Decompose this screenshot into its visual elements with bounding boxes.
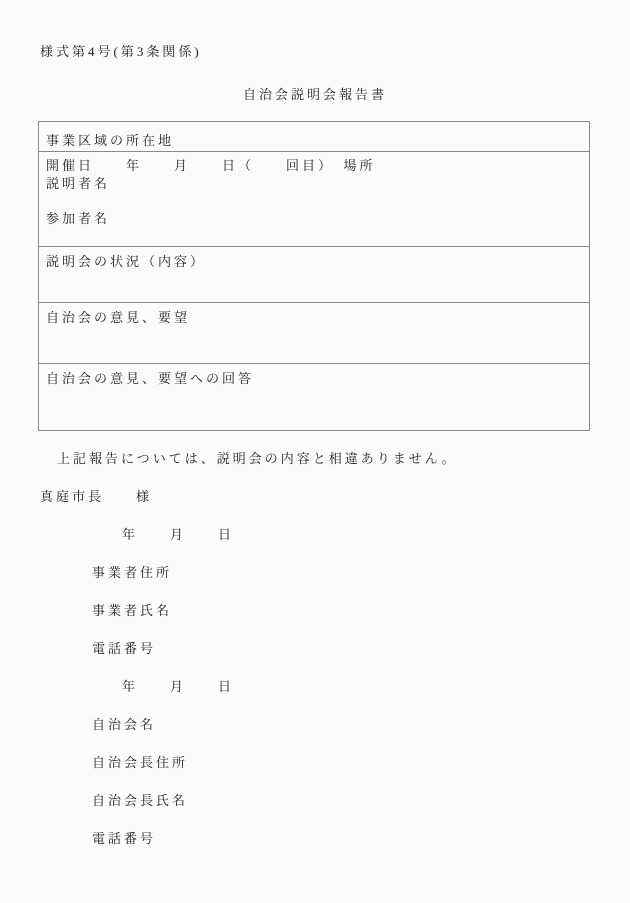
participants-line: 参加者名 xyxy=(46,210,589,228)
business-area-label: 事業区域の所在地 xyxy=(46,133,174,148)
business-address-line: 事業者住所 xyxy=(92,566,172,579)
page-title: 自治会説明会報告書 xyxy=(0,88,630,101)
blank-line xyxy=(46,192,589,210)
association-date-line: 年 月 日 xyxy=(122,680,234,693)
association-president-name-line: 自治会長氏名 xyxy=(92,794,188,807)
association-phone-line: 電話番号 xyxy=(92,832,156,845)
opinion-response-row: 自治会の意見、要望への回答 xyxy=(39,364,589,430)
meeting-status-label: 説明会の状況（内容） xyxy=(46,254,206,269)
meeting-status-row: 説明会の状況（内容） xyxy=(39,247,589,303)
association-opinion-label: 自治会の意見、要望 xyxy=(46,310,190,325)
presenter-line: 説明者名 xyxy=(46,175,589,193)
association-president-address-line: 自治会長住所 xyxy=(92,756,188,769)
business-name-line: 事業者氏名 xyxy=(92,604,172,617)
business-phone-line: 電話番号 xyxy=(92,642,156,655)
meeting-info-row: 開催日 年 月 日（ 回目） 場所 説明者名 参加者名 xyxy=(39,152,589,247)
association-name-line: 自治会名 xyxy=(92,718,156,731)
confirmation-statement: 上記報告については、説明会の内容と相違ありません。 xyxy=(57,452,458,465)
business-area-row: 事業区域の所在地 xyxy=(39,122,589,152)
form-number: 様式第4号(第3条関係) xyxy=(40,45,202,58)
meeting-date-line: 開催日 年 月 日（ 回目） 場所 xyxy=(46,157,589,175)
report-form-page: 様式第4号(第3条関係) 自治会説明会報告書 事業区域の所在地 開催日 年 月 … xyxy=(0,0,630,903)
business-date-line: 年 月 日 xyxy=(122,528,234,541)
addressee-line: 真庭市長 様 xyxy=(40,490,152,503)
report-table: 事業区域の所在地 開催日 年 月 日（ 回目） 場所 説明者名 参加者名 説明会… xyxy=(38,121,590,431)
opinion-response-label: 自治会の意見、要望への回答 xyxy=(46,371,254,386)
association-opinion-row: 自治会の意見、要望 xyxy=(39,303,589,364)
